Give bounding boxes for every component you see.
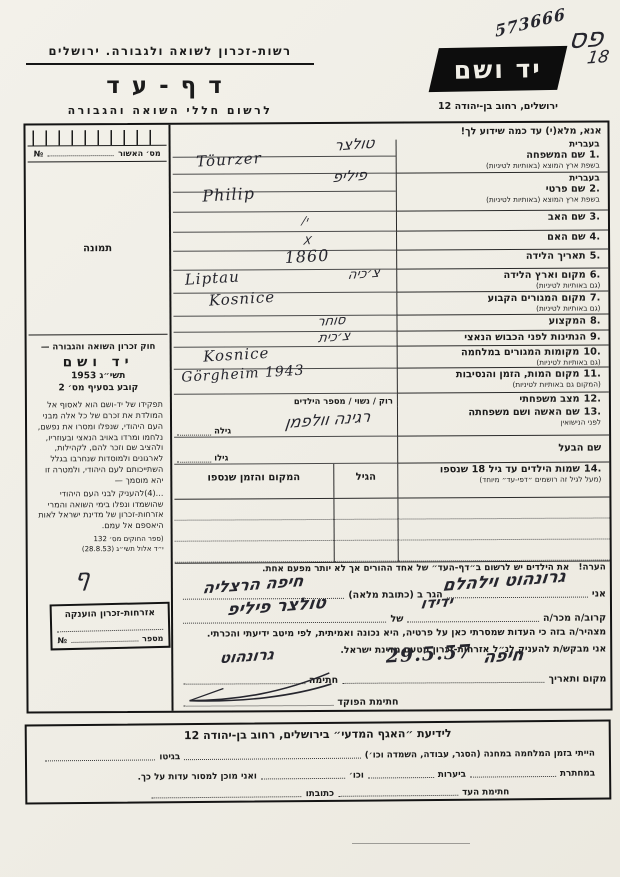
truth-statement: מצהיר/ה בזה כי העדות שמסרתי כאן על פרטיה… bbox=[175, 623, 610, 639]
age-dots bbox=[177, 434, 211, 436]
children-row-age-cell bbox=[334, 520, 398, 541]
relation-handwriting: ידידו bbox=[420, 592, 454, 612]
field-label-text: המקצוע bbox=[549, 316, 586, 328]
field-number: 8. bbox=[590, 316, 601, 328]
field-mother-name: 4.שם האם X bbox=[173, 230, 608, 251]
law-citation: (ספר החוקים מס׳ 132 י״ד אלול תשי״ג (28.8… bbox=[35, 535, 164, 555]
field-death-place-time: 11.מקום המות, הזמן והנסיבות (המקום גם בא… bbox=[174, 367, 609, 394]
field-label-text: הנתינות לפני הכבוש הנאצי bbox=[464, 332, 586, 344]
mother-name-mark: X bbox=[303, 234, 312, 248]
field-citizenship-write-area: צ׳כית bbox=[174, 332, 397, 348]
law-citation-date: י״ד אלול תשי״ג (28.8.53) bbox=[82, 545, 164, 553]
age-label-text: גילו bbox=[214, 452, 228, 462]
handwritten-corner-number: 18 bbox=[586, 47, 611, 68]
field-sublabel: (גם באותיות לטיניות) bbox=[400, 304, 600, 314]
field-husband-write-area: גילו bbox=[174, 437, 397, 465]
form-title: דף-עד bbox=[26, 73, 314, 99]
children-table-row bbox=[174, 497, 609, 520]
form-subtitle: לרשום חללי השואה והגבורה bbox=[26, 104, 314, 117]
registrar-line: חתימת הפוקד bbox=[175, 684, 610, 708]
ghetto-label: בגיטו bbox=[159, 752, 180, 762]
field-sublabel: (המקום גם באותיות לטיניות) bbox=[401, 380, 601, 390]
children-table-row bbox=[175, 518, 610, 541]
approval-number-symbol: № bbox=[34, 149, 44, 158]
field-war-residences-label: 10.מקומות המגורים במלחמה (גם באותיות לטי… bbox=[397, 345, 609, 368]
scan-artifact-line bbox=[352, 843, 470, 844]
i-label: אני bbox=[592, 588, 606, 599]
registrar-flourish-mark bbox=[183, 670, 333, 708]
children-table-header: 14.שמות הילדים עד גיל 18 שנספו (מעל לגיל… bbox=[174, 462, 609, 499]
stamp-number-dots bbox=[71, 639, 138, 643]
witness-signature-line: חתימת העד כתובתו bbox=[37, 779, 599, 802]
field-residence-write-area: Kosnice bbox=[173, 293, 396, 317]
children-table-row bbox=[175, 539, 610, 563]
citizenship-handwriting: צ׳כית bbox=[317, 329, 351, 346]
husband-age-label: גילו bbox=[177, 452, 228, 462]
law-title: חוק זכרון השואה והגבורה — bbox=[34, 342, 163, 353]
handwritten-pen-mark: ף bbox=[73, 563, 92, 592]
field-sublabel: לפני הנישואין bbox=[401, 418, 601, 428]
declarant-name-dots bbox=[447, 596, 588, 599]
children-row-place-cell bbox=[175, 541, 334, 563]
note-title: הערה! bbox=[579, 562, 606, 572]
stamp-number-label: מספר bbox=[142, 634, 164, 643]
approval-number-row: מס׳ האשור № bbox=[28, 145, 167, 163]
relation-label: קרוב/ה מכר/ה bbox=[543, 612, 606, 623]
birth-date-handwriting: 1860 bbox=[284, 246, 330, 268]
declarant-line: אני הגר ב (כתובת מלאה) גרונהוט וילהלם חי… bbox=[175, 575, 610, 601]
approval-number-label: מס׳ האשור bbox=[118, 149, 161, 158]
camp-dots bbox=[184, 757, 361, 761]
registrar-label: חתימת הפוקד bbox=[337, 697, 398, 708]
field-family-name-label: בעברית 1.שם המשפחה בשפת ארץ המוצא (באותי… bbox=[396, 138, 608, 173]
field-label-text: מצב משפחתי bbox=[519, 394, 579, 406]
deceased-name-dots bbox=[183, 621, 386, 624]
left-panel: מס׳ האשור № תמונה חוק זכרון השואה והגבור… bbox=[25, 125, 173, 712]
age-label-text: גילה bbox=[214, 425, 231, 435]
scientific-branch-box: לידיעת ״האגף המדעי״ בירושלים, רחוב בן-יה… bbox=[25, 719, 612, 804]
testimony-page-scan: 573666 פס 18 רשות-זכרון לשואה ולגבורה. י… bbox=[0, 0, 620, 877]
witness-signature-label: חתימת העד bbox=[462, 787, 509, 797]
profession-handwriting: סוחר bbox=[316, 313, 346, 330]
photo-box: תמונה bbox=[28, 162, 168, 336]
field-label-text: שם האם bbox=[547, 232, 585, 244]
field-first-name-write-area: פיליפ Philip bbox=[173, 174, 396, 213]
residence-latin-handwriting: Kosnice bbox=[208, 288, 275, 310]
family-name-latin-handwriting: Töurzer bbox=[196, 149, 263, 171]
logo-text: יד ושם bbox=[454, 54, 543, 84]
children-row-name-cell bbox=[397, 497, 609, 519]
field-birth-place-write-area: צ׳כיה Liptau bbox=[173, 270, 396, 294]
law-citation-book: (ספר החוקים מס׳ 132 bbox=[94, 535, 164, 543]
handwritten-file-number: 573666 bbox=[494, 4, 566, 41]
witness-address-dots bbox=[152, 795, 302, 798]
law-text-block: חוק זכרון השואה והגבורה — יד ושם תשי״ג 1… bbox=[27, 335, 171, 555]
etc-label: וכו׳ bbox=[349, 771, 364, 781]
yad-vashem-logo: יד ושם bbox=[429, 46, 568, 92]
place-date-dots bbox=[342, 681, 545, 684]
children-row-age-cell bbox=[334, 541, 398, 562]
children-row-name-cell bbox=[398, 539, 610, 561]
children-row-place-cell bbox=[175, 520, 334, 542]
header-left: רשות-זכרון לשואה ולגבורה. ירושלים דף-עד … bbox=[26, 44, 314, 117]
field-number: 12. bbox=[584, 394, 601, 406]
field-husband-name: שם הבעל גילו bbox=[174, 435, 609, 464]
field-death-write-area: Görgheim 1943 bbox=[174, 369, 397, 395]
birth-country-hebrew-handwriting: צ׳כיה bbox=[347, 266, 381, 283]
relation-line: קרוב/ה מכר/ה של ידידו טולצר פיליפ bbox=[175, 599, 610, 625]
signature-handwriting: גרונהוט bbox=[219, 645, 275, 667]
witness-signature-dots bbox=[338, 794, 458, 797]
field-number: 9. bbox=[590, 332, 601, 344]
approval-dotted-line bbox=[47, 154, 114, 156]
authority-line: רשות-זכרון לשואה ולגבורה. ירושלים bbox=[26, 44, 314, 65]
law-clause: ...(4)להעניק לבני העם היהודי שהושמדו ונפ… bbox=[34, 488, 163, 532]
field-wife-name: 13.שם האשה ושם משפחתה לפני הנישואין רגינ… bbox=[174, 405, 609, 437]
field-first-name-label: בעברית 2.שם פרטי בשפת ארץ המוצא (באותיות… bbox=[396, 172, 608, 211]
underground-dots bbox=[470, 775, 556, 778]
field-father-write-area: י/ bbox=[173, 212, 396, 233]
field-number: 4. bbox=[589, 232, 600, 244]
first-name-hebrew-handwriting: פיליפ bbox=[331, 166, 368, 187]
field-profession-write-area: סוחר bbox=[173, 316, 396, 333]
stamp-number-row: מספר № bbox=[57, 630, 163, 645]
field-number: 5. bbox=[590, 251, 601, 263]
field-wife-write-area: רגינה וולפמן גילה bbox=[174, 407, 397, 438]
main-form: מס׳ האשור № תמונה חוק זכרון השואה והגבור… bbox=[23, 120, 612, 713]
field-death-label: 11.מקום המות, הזמן והנסיבות (המקום גם בא… bbox=[397, 367, 609, 393]
field-marital-label: 12.מצב משפחתי bbox=[397, 392, 609, 406]
field-sublabel: (גם באותיות לטיניות) bbox=[401, 358, 601, 368]
perforation-ticks bbox=[32, 130, 161, 146]
field-residence: 7.מקום המגורים הקבוע (גם באותיות לטיניות… bbox=[173, 291, 608, 316]
fields-area: אנא, מלא(י) עד כמה שידוע לך! בעברית 1.שם… bbox=[172, 122, 610, 710]
underground-label: במחתרת bbox=[560, 769, 595, 779]
marital-options-text: רוק / נשוי / מספר הילדים bbox=[174, 394, 397, 407]
field-sublabel: (גם באותיות לטיניות) bbox=[400, 281, 600, 291]
witness-address-label: כתובתו bbox=[306, 789, 334, 799]
children-row-name-cell bbox=[398, 518, 610, 540]
relation-dots bbox=[407, 620, 539, 623]
field-birth-place-label: 6.מקום וארץ הלידה (גם באותיות לטיניות) bbox=[396, 268, 608, 292]
stamp-number-symbol: № bbox=[57, 636, 67, 645]
place-date-label: מקום ותאריך bbox=[549, 673, 607, 684]
field-sublabel: בשפת ארץ המוצא (באותיות לטיניות) bbox=[400, 161, 600, 171]
field-label-text: תאריך הלידה bbox=[526, 251, 586, 263]
field-father-name: 3.שם האב י/ bbox=[173, 210, 608, 232]
field-birth-date-label: 5.תאריך הלידה bbox=[396, 249, 608, 269]
field-residence-label: 7.מקום המגורים הקבוע (גם באותיות לטיניות… bbox=[396, 291, 608, 315]
law-title-yad-vashem: יד ושם bbox=[34, 354, 163, 371]
field-husband-label: שם הבעל bbox=[397, 435, 609, 463]
field-mother-name-label: 4.שם האם bbox=[396, 230, 608, 250]
field-number: 3. bbox=[589, 212, 600, 224]
field-citizenship-label: 9.הנתינות לפני הכבוש הנאצי bbox=[397, 330, 609, 346]
field-label-text: שם האב bbox=[548, 212, 586, 224]
children-place-column-header: המקום והזמן שנספו bbox=[174, 464, 333, 499]
etc-dots bbox=[261, 777, 345, 780]
age-dots bbox=[177, 461, 211, 463]
war-residence-latin-handwriting: Kosnice bbox=[203, 344, 270, 366]
field-father-name-label: 3.שם האב bbox=[396, 210, 608, 231]
registrar-gap bbox=[399, 706, 607, 707]
field-wife-label: 13.שם האשה ושם משפחתה לפני הנישואין bbox=[397, 405, 609, 436]
date-handwriting: 29.5.57 bbox=[385, 641, 472, 668]
forests-label: ביערות bbox=[438, 770, 466, 780]
logo-address: ירושלים, רחוב בן-יהודה 12 bbox=[432, 101, 564, 112]
children-age-column-header: הגיל bbox=[333, 464, 397, 498]
children-row-place-cell bbox=[174, 499, 333, 521]
field-sublabel: בשפת ארץ המוצא (באותיות לטיניות) bbox=[400, 195, 600, 205]
wife-age-label: גילה bbox=[177, 425, 231, 435]
law-year: תשי״ג 1953 bbox=[34, 371, 163, 382]
law-section: קובע בסעיף מס׳ 2 bbox=[34, 383, 163, 394]
children-field-label: 14.שמות הילדים עד גיל 18 שנספו (מעל לגיל… bbox=[397, 462, 609, 497]
field-family-name: בעברית 1.שם המשפחה בשפת ארץ המוצא (באותי… bbox=[173, 138, 608, 174]
citizenship-stamp-box: אזרחות-זכרון הוענקה מספר № bbox=[50, 602, 171, 651]
wife-name-handwriting: רגינה וולפמן bbox=[284, 407, 372, 432]
forests-dots bbox=[368, 776, 434, 779]
field-marital-write-area: רוק / נשוי / מספר הילדים bbox=[174, 394, 397, 408]
first-name-latin-handwriting: Philip bbox=[202, 184, 256, 206]
field-sublabel: (מעל לגיל זה רושמים ״דפי-עד״ מיוחד) bbox=[401, 475, 601, 485]
family-name-hebrew-handwriting: טולצר bbox=[333, 134, 376, 155]
field-label-text: שם הבעל bbox=[558, 443, 601, 455]
ghetto-dots bbox=[45, 758, 155, 761]
photo-label: תמונה bbox=[83, 243, 112, 254]
of-label: של bbox=[390, 614, 403, 625]
birth-place-latin-handwriting: Liptau bbox=[184, 268, 240, 289]
father-name-mark: י/ bbox=[301, 214, 309, 227]
field-profession-label: 8.המקצוע bbox=[396, 314, 608, 331]
field-first-name: בעברית 2.שם פרטי בשפת ארץ המוצא (באותיות… bbox=[173, 172, 608, 212]
law-body: תפקידו של יד-ושם הוא לאסוף אל המולדת את … bbox=[34, 399, 163, 486]
place-date-handwriting-group: חיפה 29.5.57 bbox=[386, 645, 522, 668]
children-row-age-cell bbox=[333, 499, 397, 520]
place-handwriting: חיפה bbox=[482, 645, 525, 670]
